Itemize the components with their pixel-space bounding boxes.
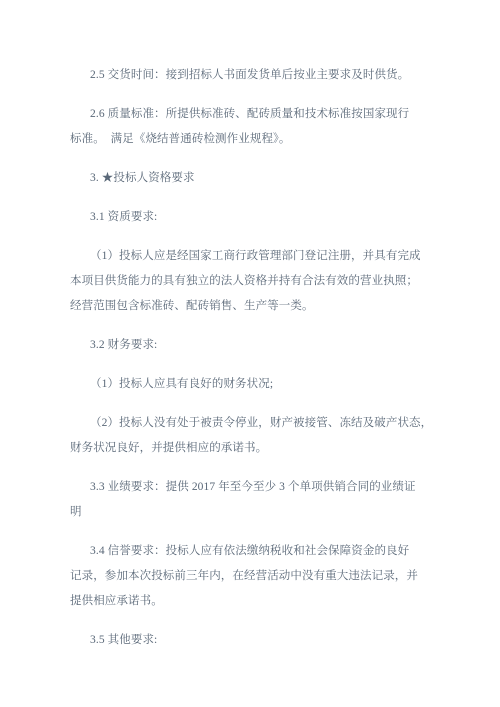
text-line: 3.1 资质要求: xyxy=(70,205,428,230)
text-line: （2）投标人没有处于被责令停业，财产被接管、冻结及破产状态， xyxy=(70,411,428,436)
paragraph-sec-3-4: 3.4 信誉要求：投标人应有依法缴纳税收和社会保障资金的良好记录，参加本次投标前… xyxy=(70,539,428,614)
text-line: 财务状况良好，并提供相应的承诺书。 xyxy=(70,436,428,461)
paragraph-sec-3-1: 3.1 资质要求: xyxy=(70,205,428,230)
paragraph-sec-3-1-item-1: （1）投标人应是经国家工商行政管理部门登记注册，并具有完成本项目供货能力的具有独… xyxy=(70,244,428,319)
text-line: 3. ★投标人资格要求 xyxy=(70,166,428,191)
text-line: 2.5 交货时间：接到招标人书面发货单后按业主要求及时供货。 xyxy=(70,63,428,88)
paragraph-sec-3-3: 3.3 业绩要求：提供 2017 年至今至少 3 个单项供销合同的业绩证明 xyxy=(70,475,428,525)
text-line: 记录，参加本次投标前三年内，在经营活动中没有重大违法记录，并 xyxy=(70,564,428,589)
text-line: （1）投标人应具有良好的财务状况; xyxy=(70,372,428,397)
document-page: 2.5 交货时间：接到招标人书面发货单后按业主要求及时供货。2.6 质量标准：所… xyxy=(0,0,500,707)
text-line: 3.3 业绩要求：提供 2017 年至今至少 3 个单项供销合同的业绩证 xyxy=(70,475,428,500)
text-line: 经营范围包含标准砖、配砖销售、生产等一类。 xyxy=(70,294,428,319)
paragraph-sec-2-5: 2.5 交货时间：接到招标人书面发货单后按业主要求及时供货。 xyxy=(70,63,428,88)
paragraph-sec-3: 3. ★投标人资格要求 xyxy=(70,166,428,191)
text-line: 提供相应承诺书。 xyxy=(70,589,428,614)
text-line: （1）投标人应是经国家工商行政管理部门登记注册，并具有完成 xyxy=(70,244,428,269)
text-line: 3.5 其他要求: xyxy=(70,628,428,653)
text-line: 3.4 信誉要求：投标人应有依法缴纳税收和社会保障资金的良好 xyxy=(70,539,428,564)
text-line: 2.6 质量标准：所提供标准砖、配砖质量和技术标准按国家现行 xyxy=(70,102,428,127)
paragraph-sec-3-2-item-1: （1）投标人应具有良好的财务状况; xyxy=(70,372,428,397)
document-content: 2.5 交货时间：接到招标人书面发货单后按业主要求及时供货。2.6 质量标准：所… xyxy=(70,63,428,667)
paragraph-sec-2-6: 2.6 质量标准：所提供标准砖、配砖质量和技术标准按国家现行标准。 满足《烧结普… xyxy=(70,102,428,152)
text-line: 标准。 满足《烧结普通砖检测作业规程》。 xyxy=(70,127,428,152)
paragraph-sec-3-5: 3.5 其他要求: xyxy=(70,628,428,653)
paragraph-sec-3-2: 3.2 财务要求: xyxy=(70,333,428,358)
text-line: 明 xyxy=(70,500,428,525)
text-line: 3.2 财务要求: xyxy=(70,333,428,358)
paragraph-sec-3-2-item-2: （2）投标人没有处于被责令停业，财产被接管、冻结及破产状态，财务状况良好，并提供… xyxy=(70,411,428,461)
text-line: 本项目供货能力的具有独立的法人资格并持有合法有效的营业执照； xyxy=(70,269,428,294)
